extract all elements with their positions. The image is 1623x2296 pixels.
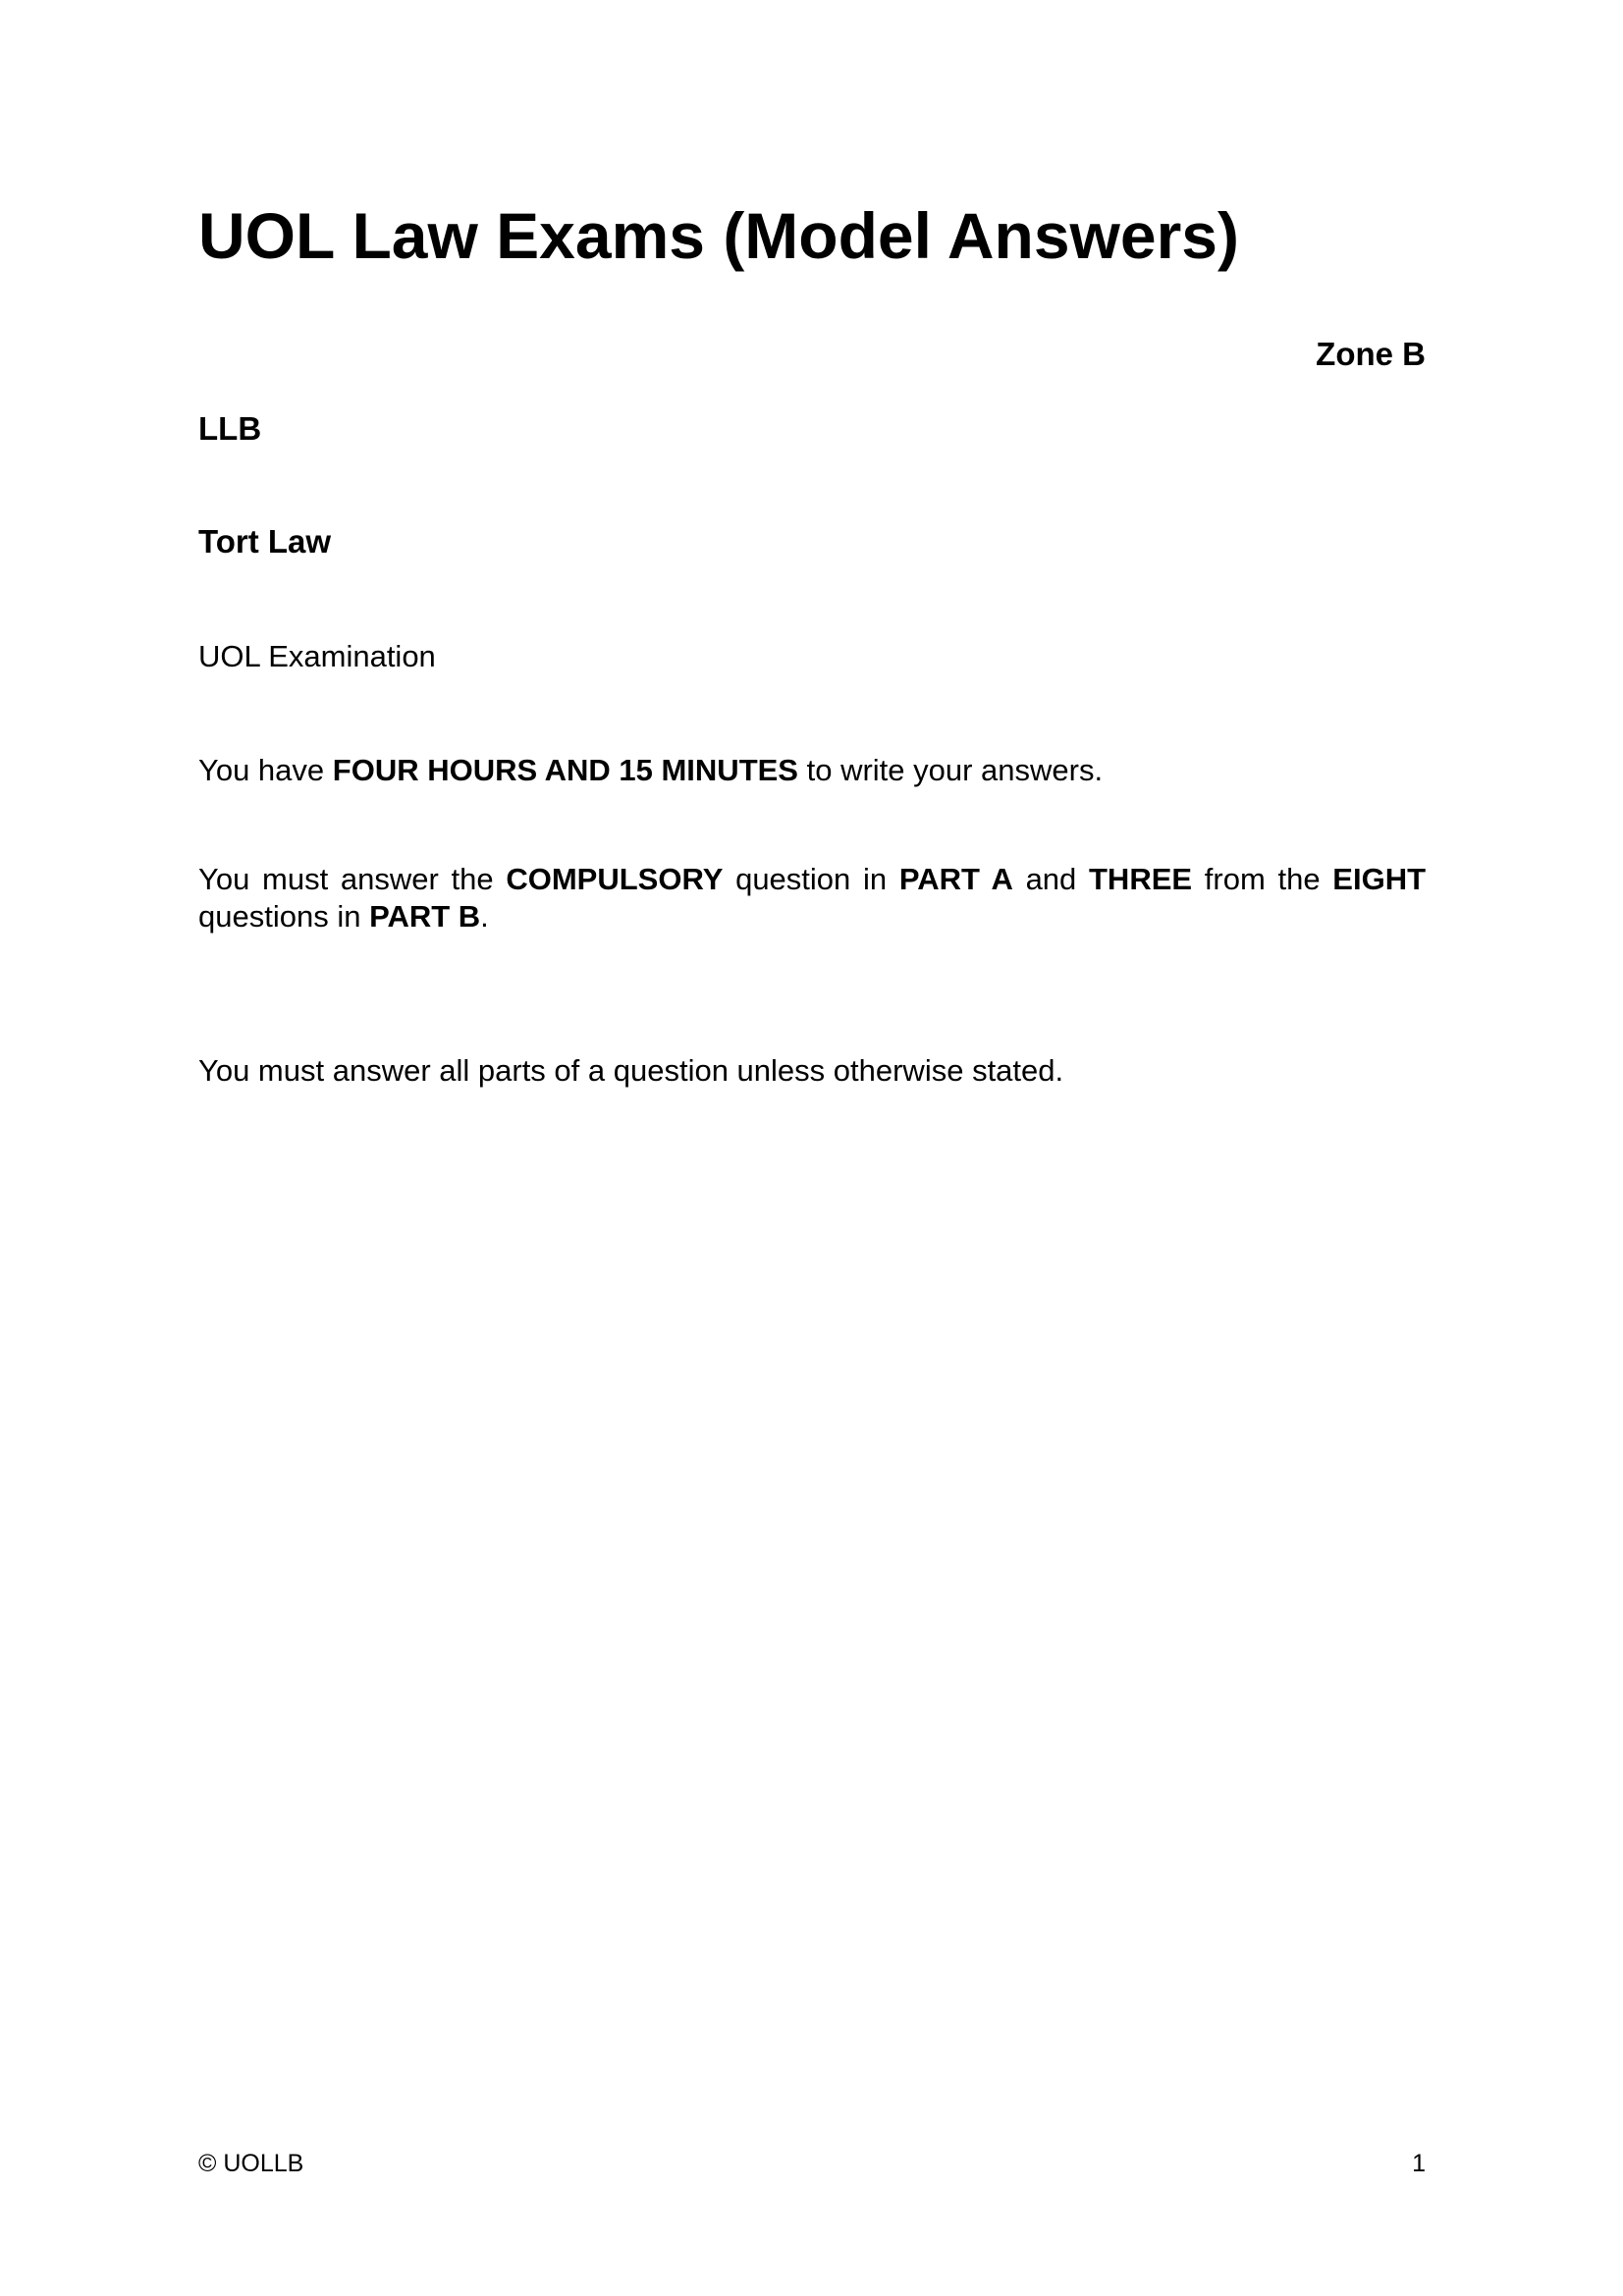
answer-instruction: You must answer the COMPULSORY question …: [198, 861, 1426, 935]
time-duration: FOUR HOURS AND 15 MINUTES: [333, 753, 798, 787]
answer-text-4: from the: [1192, 862, 1332, 896]
exam-type: UOL Examination: [198, 641, 1426, 671]
answer-text-6: .: [480, 899, 489, 934]
answer-text-3: and: [1013, 862, 1089, 896]
answer-text-2: question in: [723, 862, 898, 896]
answer-bold-eight: EIGHT: [1332, 862, 1426, 896]
answer-text-1: You must answer the: [198, 862, 506, 896]
subject-label: Tort Law: [198, 525, 1426, 558]
parts-instruction: You must answer all parts of a question …: [198, 1055, 1426, 1086]
zone-label: Zone B: [198, 338, 1426, 370]
document-title: UOL Law Exams (Model Answers): [198, 203, 1426, 268]
answer-text-5: questions in: [198, 899, 369, 934]
time-instruction: You have FOUR HOURS AND 15 MINUTES to wr…: [198, 755, 1426, 785]
programme-label: LLB: [198, 412, 1426, 445]
answer-bold-compulsory: COMPULSORY: [506, 862, 723, 896]
time-pre: You have: [198, 753, 333, 787]
page-number: 1: [198, 2152, 1426, 2176]
time-post: to write your answers.: [798, 753, 1103, 787]
answer-bold-part-a: PART A: [899, 862, 1013, 896]
answer-bold-three: THREE: [1089, 862, 1192, 896]
answer-bold-part-b: PART B: [369, 899, 480, 934]
